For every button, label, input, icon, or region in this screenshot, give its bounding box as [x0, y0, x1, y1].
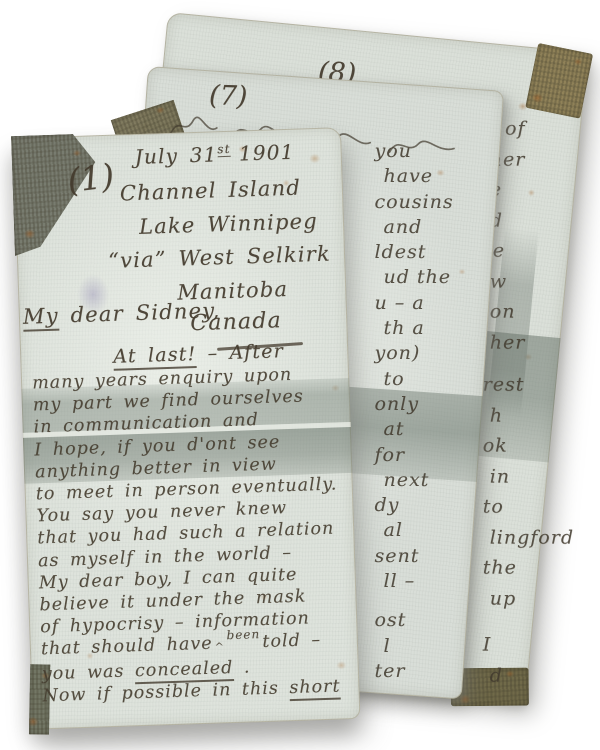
letter-fragment: l: [383, 634, 453, 659]
letter-fragment: have: [383, 164, 453, 189]
letter-fragment: for: [374, 443, 453, 468]
letter-fragment: the: [483, 553, 574, 584]
letter-fragment: w: [490, 266, 574, 297]
letter-fragment: up: [490, 583, 574, 614]
letter-fragment: th a: [383, 316, 453, 341]
opening-rest: – After: [196, 340, 284, 365]
inserted-word: been: [226, 624, 260, 647]
letter-fragment: I: [483, 630, 574, 661]
letter-fragment: only: [374, 392, 453, 417]
page-number-1: (1): [65, 156, 116, 200]
letter-fragment: cousins: [374, 190, 453, 215]
opening-line: At last! – After: [113, 340, 284, 368]
letter-fragment: lingford: [490, 522, 574, 553]
insert-line-post: told –: [262, 631, 321, 653]
caret-mark: ^: [214, 637, 225, 660]
insert-line-pre: that should have: [41, 634, 213, 660]
letter-fragment: dy: [374, 493, 453, 518]
letter-fragment: ud the: [383, 265, 453, 290]
date-day: July 31: [134, 142, 218, 169]
letter-fragment: al: [383, 518, 453, 543]
concealed-pre: you was: [41, 661, 135, 684]
letter-fragment: h: [490, 400, 574, 431]
letter-body: many years enquiry upon my part we find …: [32, 362, 355, 707]
letter-fragment: to: [383, 367, 453, 392]
letter-fragment: you: [374, 139, 453, 164]
address-line-1: Channel Island: [120, 175, 302, 205]
letter-fragment: at: [383, 417, 453, 442]
letter-fragment: and: [383, 215, 453, 240]
letter-fragment: ion: [483, 297, 574, 328]
date-ordinal: st: [217, 142, 231, 157]
address-line-2: Lake Winnipeg: [139, 209, 319, 239]
letter-fragment-column: you have cousins and ldest ud the u – a …: [374, 139, 453, 684]
tape-patch-top-right: [525, 43, 593, 119]
letter-fragment: u – a: [374, 291, 453, 316]
concealed-post: .: [233, 657, 251, 678]
date-line: July 31st1901: [134, 140, 295, 169]
letter-fragment: ll –: [383, 569, 453, 594]
salutation-underlined: My: [23, 304, 60, 332]
letter-fragment: ok: [483, 431, 574, 462]
date-year: 1901: [238, 140, 294, 166]
letter-page-1: (1) July 31st1901 Channel Island Lake Wi…: [13, 127, 360, 730]
letter-fragment: her: [490, 144, 574, 175]
closing-underlined: short: [289, 676, 341, 701]
letter-fragment: ost: [374, 608, 453, 633]
address-line-3: “via” West Selkirk: [108, 242, 331, 273]
letter-fragment: re: [483, 236, 574, 267]
letter-fragment: rest: [483, 370, 574, 401]
letter-fragment: next: [383, 468, 453, 493]
letter-photo: (8) R of her le d re w ion her rest h ok…: [0, 0, 600, 750]
letter-fragment: d: [490, 660, 574, 691]
letter-fragment: her: [490, 327, 574, 358]
letter-fragment: in: [490, 461, 574, 492]
letter-fragment: ldest: [374, 240, 453, 265]
letter-fragment: to: [483, 492, 574, 523]
letter-fragment: sent: [374, 544, 453, 569]
letter-fragment: yon): [374, 341, 453, 366]
letter-fragment: ter: [374, 659, 453, 684]
letter-fragment: d: [490, 205, 574, 236]
